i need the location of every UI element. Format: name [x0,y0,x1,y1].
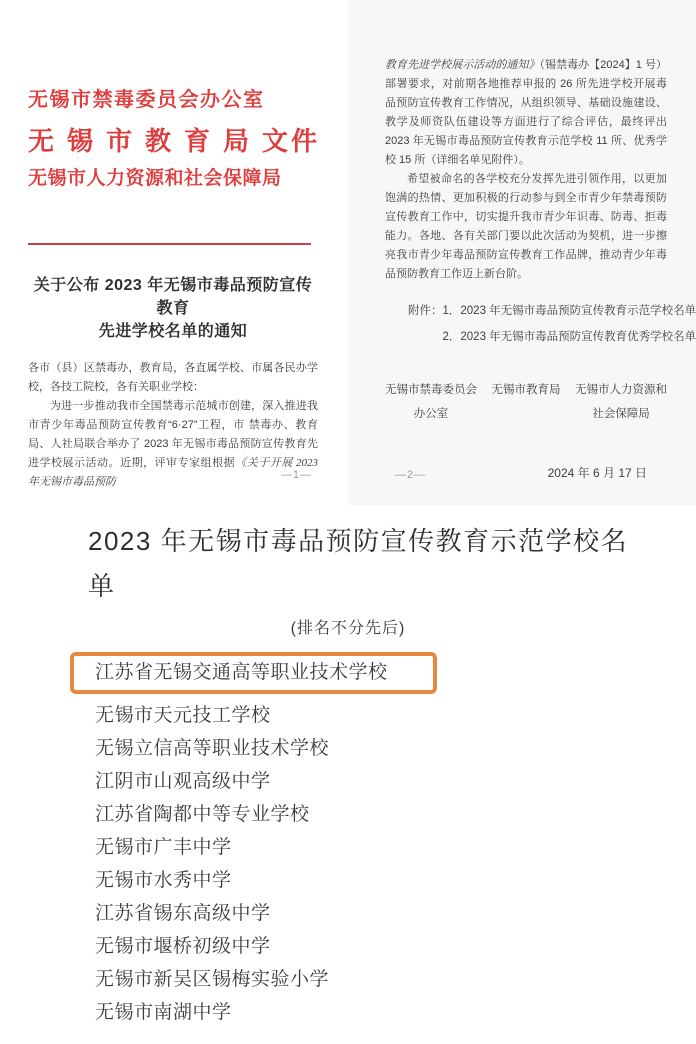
paragraph-2: 希望被命名的各学校充分发挥先进引领作用，以更加饱满的热情、更加积极的行动参与到全… [385,170,667,284]
school-list-item: 无锡市堰桥初级中学 [95,930,696,963]
school-list-item: 无锡市新吴区锡梅实验小学 [95,963,696,996]
highlighted-school-box: 江苏省无锡交通高等职业技术学校 [70,652,437,694]
list-subtitle: (排名不分先后) [0,615,696,638]
school-list-item: 无锡立信高等职业技术学校 [95,732,696,765]
page-number-2: —2— [395,469,426,481]
notice-page-2: 教育先进学校展示活动的通知》（锡禁毒办【2024】1 号）部署要求，对前期各地推… [348,0,696,505]
signer-hr-social-security-bureau: 无锡市人力资源和 社会保障局 [575,378,667,426]
school-list-item: 无锡市水秀中学 [95,864,696,897]
school-list-item: 江苏省陶都中等专业学校 [95,798,696,831]
document-viewer: 无锡市禁毒委员会办公室 无锡市教育局文件 无锡市人力资源和社会保障局 关于公布 … [0,0,696,1044]
issuing-authority-2: 无锡市教育局文件 [28,122,318,160]
signer-education-bureau: 无锡市教育局 [492,378,561,426]
paragraph-1-continued-text: （锡禁毒办【2024】1 号）部署要求，对前期各地推荐申报的 26 所先进学校开… [385,59,667,166]
issuing-authority-3: 无锡市人力资源和社会保障局 [28,165,318,193]
notice-title-line1: 关于公布 2023 年无锡市毒品预防宣传教育 [34,277,313,317]
school-list: 江苏省无锡交通高等职业技术学校 无锡市天元技工学校 无锡立信高等职业技术学校 江… [0,652,696,1029]
list-title: 2023 年无锡市毒品预防宣传教育示范学校名 单 [88,519,696,609]
signer-anti-drug-office-line2: 办公室 [385,402,477,426]
salutation: 各市（县）区禁毒办，教育局，各直属学校、市属各民办学校，各技工院校，各有关职业学… [28,359,318,397]
issue-date: 2024 年 6 月 17 日 [385,464,667,481]
attachment-item-2: 2．2023 年无锡市毒品预防宣传教育优秀学校名单 [443,324,696,350]
attachments-items: 1．2023 年无锡市毒品预防宣传教育示范学校名单 2．2023 年无锡市毒品预… [443,298,696,350]
attachments-block: 附件： 1．2023 年无锡市毒品预防宣传教育示范学校名单 2．2023 年无锡… [385,298,667,350]
school-list-item: 江苏省锡东高级中学 [95,897,696,930]
attachment-item-1: 1．2023 年无锡市毒品预防宣传教育示范学校名单 [443,298,696,324]
signer-anti-drug-office: 无锡市禁毒委员会 办公室 [385,378,477,426]
cited-document-title-part2: 教育先进学校展示活动的通知》 [385,59,540,71]
school-list-item: 江阴市山观高级中学 [95,765,696,798]
signature-row: 无锡市禁毒委员会 办公室 无锡市教育局 无锡市人力资源和 社会保障局 [385,378,667,426]
issuing-authority-1: 无锡市禁毒委员会办公室 [28,86,318,114]
school-list-item: 江苏省无锡交通高等职业技术学校 [95,659,433,687]
red-separator-line [28,243,311,245]
school-list-item: 无锡市南湖中学 [95,996,696,1029]
issuing-authority-2-name: 无锡市教育局 [28,126,262,156]
page-number-1: —1— [281,469,312,481]
list-title-line1: 2023 年无锡市毒品预防宣传教育示范学校名 [88,526,628,556]
notice-title: 关于公布 2023 年无锡市毒品预防宣传教育 先进学校名单的通知 [28,274,318,343]
signer-hr-bureau-line2: 社会保障局 [575,402,667,426]
school-list-item: 无锡市广丰中学 [95,831,696,864]
signer-hr-bureau-line1: 无锡市人力资源和 [575,378,667,402]
signer-anti-drug-office-line1: 无锡市禁毒委员会 [385,378,477,402]
notice-page-1: 无锡市禁毒委员会办公室 无锡市教育局文件 无锡市人力资源和社会保障局 关于公布 … [0,0,348,505]
notice-pages: 无锡市禁毒委员会办公室 无锡市教育局文件 无锡市人力资源和社会保障局 关于公布 … [0,0,696,505]
attachments-label: 附件： [408,298,443,350]
paragraph-1-continued: 教育先进学校展示活动的通知》（锡禁毒办【2024】1 号）部署要求，对前期各地推… [385,56,667,170]
school-list-page: 2023 年无锡市毒品预防宣传教育示范学校名 单 (排名不分先后) 江苏省无锡交… [0,505,696,1044]
paragraph-1: 为进一步推动我市全国禁毒示范城市创建，深入推进我市青少年毒品预防宣传教育“6·2… [28,397,318,492]
notice-title-line2: 先进学校名单的通知 [99,323,248,340]
school-list-item: 无锡市天元技工学校 [95,699,696,732]
list-title-line2: 单 [88,571,116,601]
document-word: 文件 [262,126,320,156]
red-letterhead: 无锡市禁毒委员会办公室 无锡市教育局文件 无锡市人力资源和社会保障局 [28,86,318,193]
